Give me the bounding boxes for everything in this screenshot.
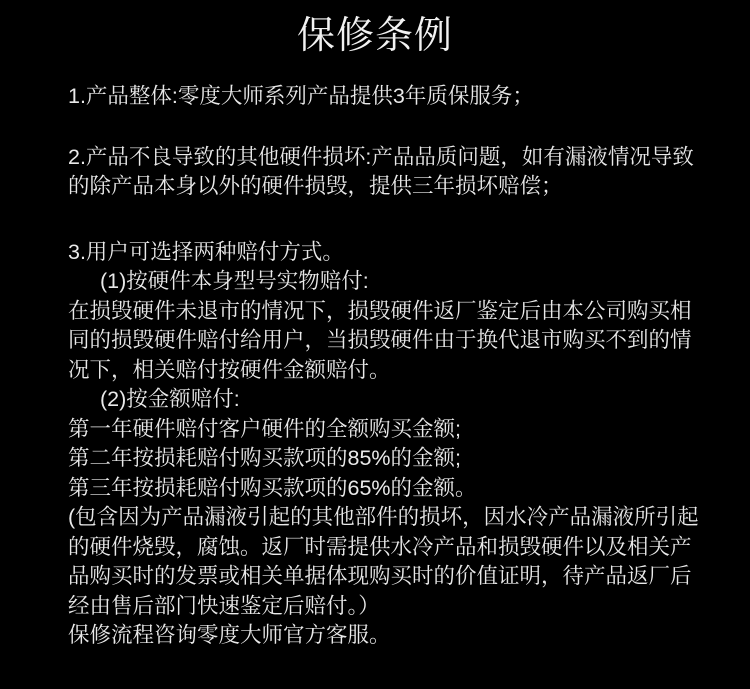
clause-3-line-1: 3.用户可选择两种赔付方式。: [68, 238, 692, 268]
warranty-content: 1.产品整体:零度大师系列产品提供3年质保服务； 2.产品不良导致的其他硬件损坏…: [0, 82, 750, 651]
clause-3-note-line-3: 品购买时的发票或相关单据体现购买时的价值证明，待产品返厂后: [68, 562, 692, 592]
clause-3-note-line-4: 经由售后部门快速鉴定后赔付。）: [68, 592, 692, 622]
clause-3-year-3-compensation: 第三年按损耗赔付购买款项的65%的金额。: [68, 474, 692, 504]
clause-3-line-3: 在损毁硬件未退市的情况下，损毁硬件返厂鉴定后由本公司购买相: [68, 297, 692, 327]
clause-3-note-line-2: 的硬件烧毁，腐蚀。返厂时需提供水冷产品和损毁硬件以及相关产: [68, 533, 692, 563]
warranty-terms-page: 保修条例 1.产品整体:零度大师系列产品提供3年质保服务； 2.产品不良导致的其…: [0, 0, 750, 689]
clause-3-year-1-compensation: 第一年硬件赔付客户硬件的全额购买金额;: [68, 415, 692, 445]
customer-service-note: 保修流程咨询零度大师官方客服。: [68, 621, 692, 651]
clause-3-option-1-heading: (1)按硬件本身型号实物赔付:: [68, 267, 692, 297]
clause-1: 1.产品整体:零度大师系列产品提供3年质保服务；: [68, 82, 692, 112]
clause-3-note-line-1: (包含因为产品漏液引起的其他部件的损坏，因水冷产品漏液所引起: [68, 503, 692, 533]
clause-2-line-2: 的除产品本身以外的硬件损毁，提供三年损坏赔偿；: [68, 172, 692, 202]
clause-2: 2.产品不良导致的其他硬件损坏:产品品质问题，如有漏液情况导致 的除产品本身以外…: [68, 143, 692, 202]
clause-1-line-1: 1.产品整体:零度大师系列产品提供3年质保服务；: [68, 82, 692, 112]
clause-3: 3.用户可选择两种赔付方式。 (1)按硬件本身型号实物赔付: 在损毁硬件未退市的…: [68, 238, 692, 651]
clause-2-line-1: 2.产品不良导致的其他硬件损坏:产品品质问题，如有漏液情况导致: [68, 143, 692, 173]
clause-3-year-2-compensation: 第二年按损耗赔付购买款项的85%的金额;: [68, 444, 692, 474]
clause-3-line-4: 同的损毁硬件赔付给用户，当损毁硬件由于换代退市购买不到的情: [68, 326, 692, 356]
clause-3-line-5: 况下，相关赔付按硬件金额赔付。: [68, 356, 692, 386]
page-title: 保修条例: [0, 0, 750, 58]
clause-3-option-2-heading: (2)按金额赔付:: [68, 385, 692, 415]
